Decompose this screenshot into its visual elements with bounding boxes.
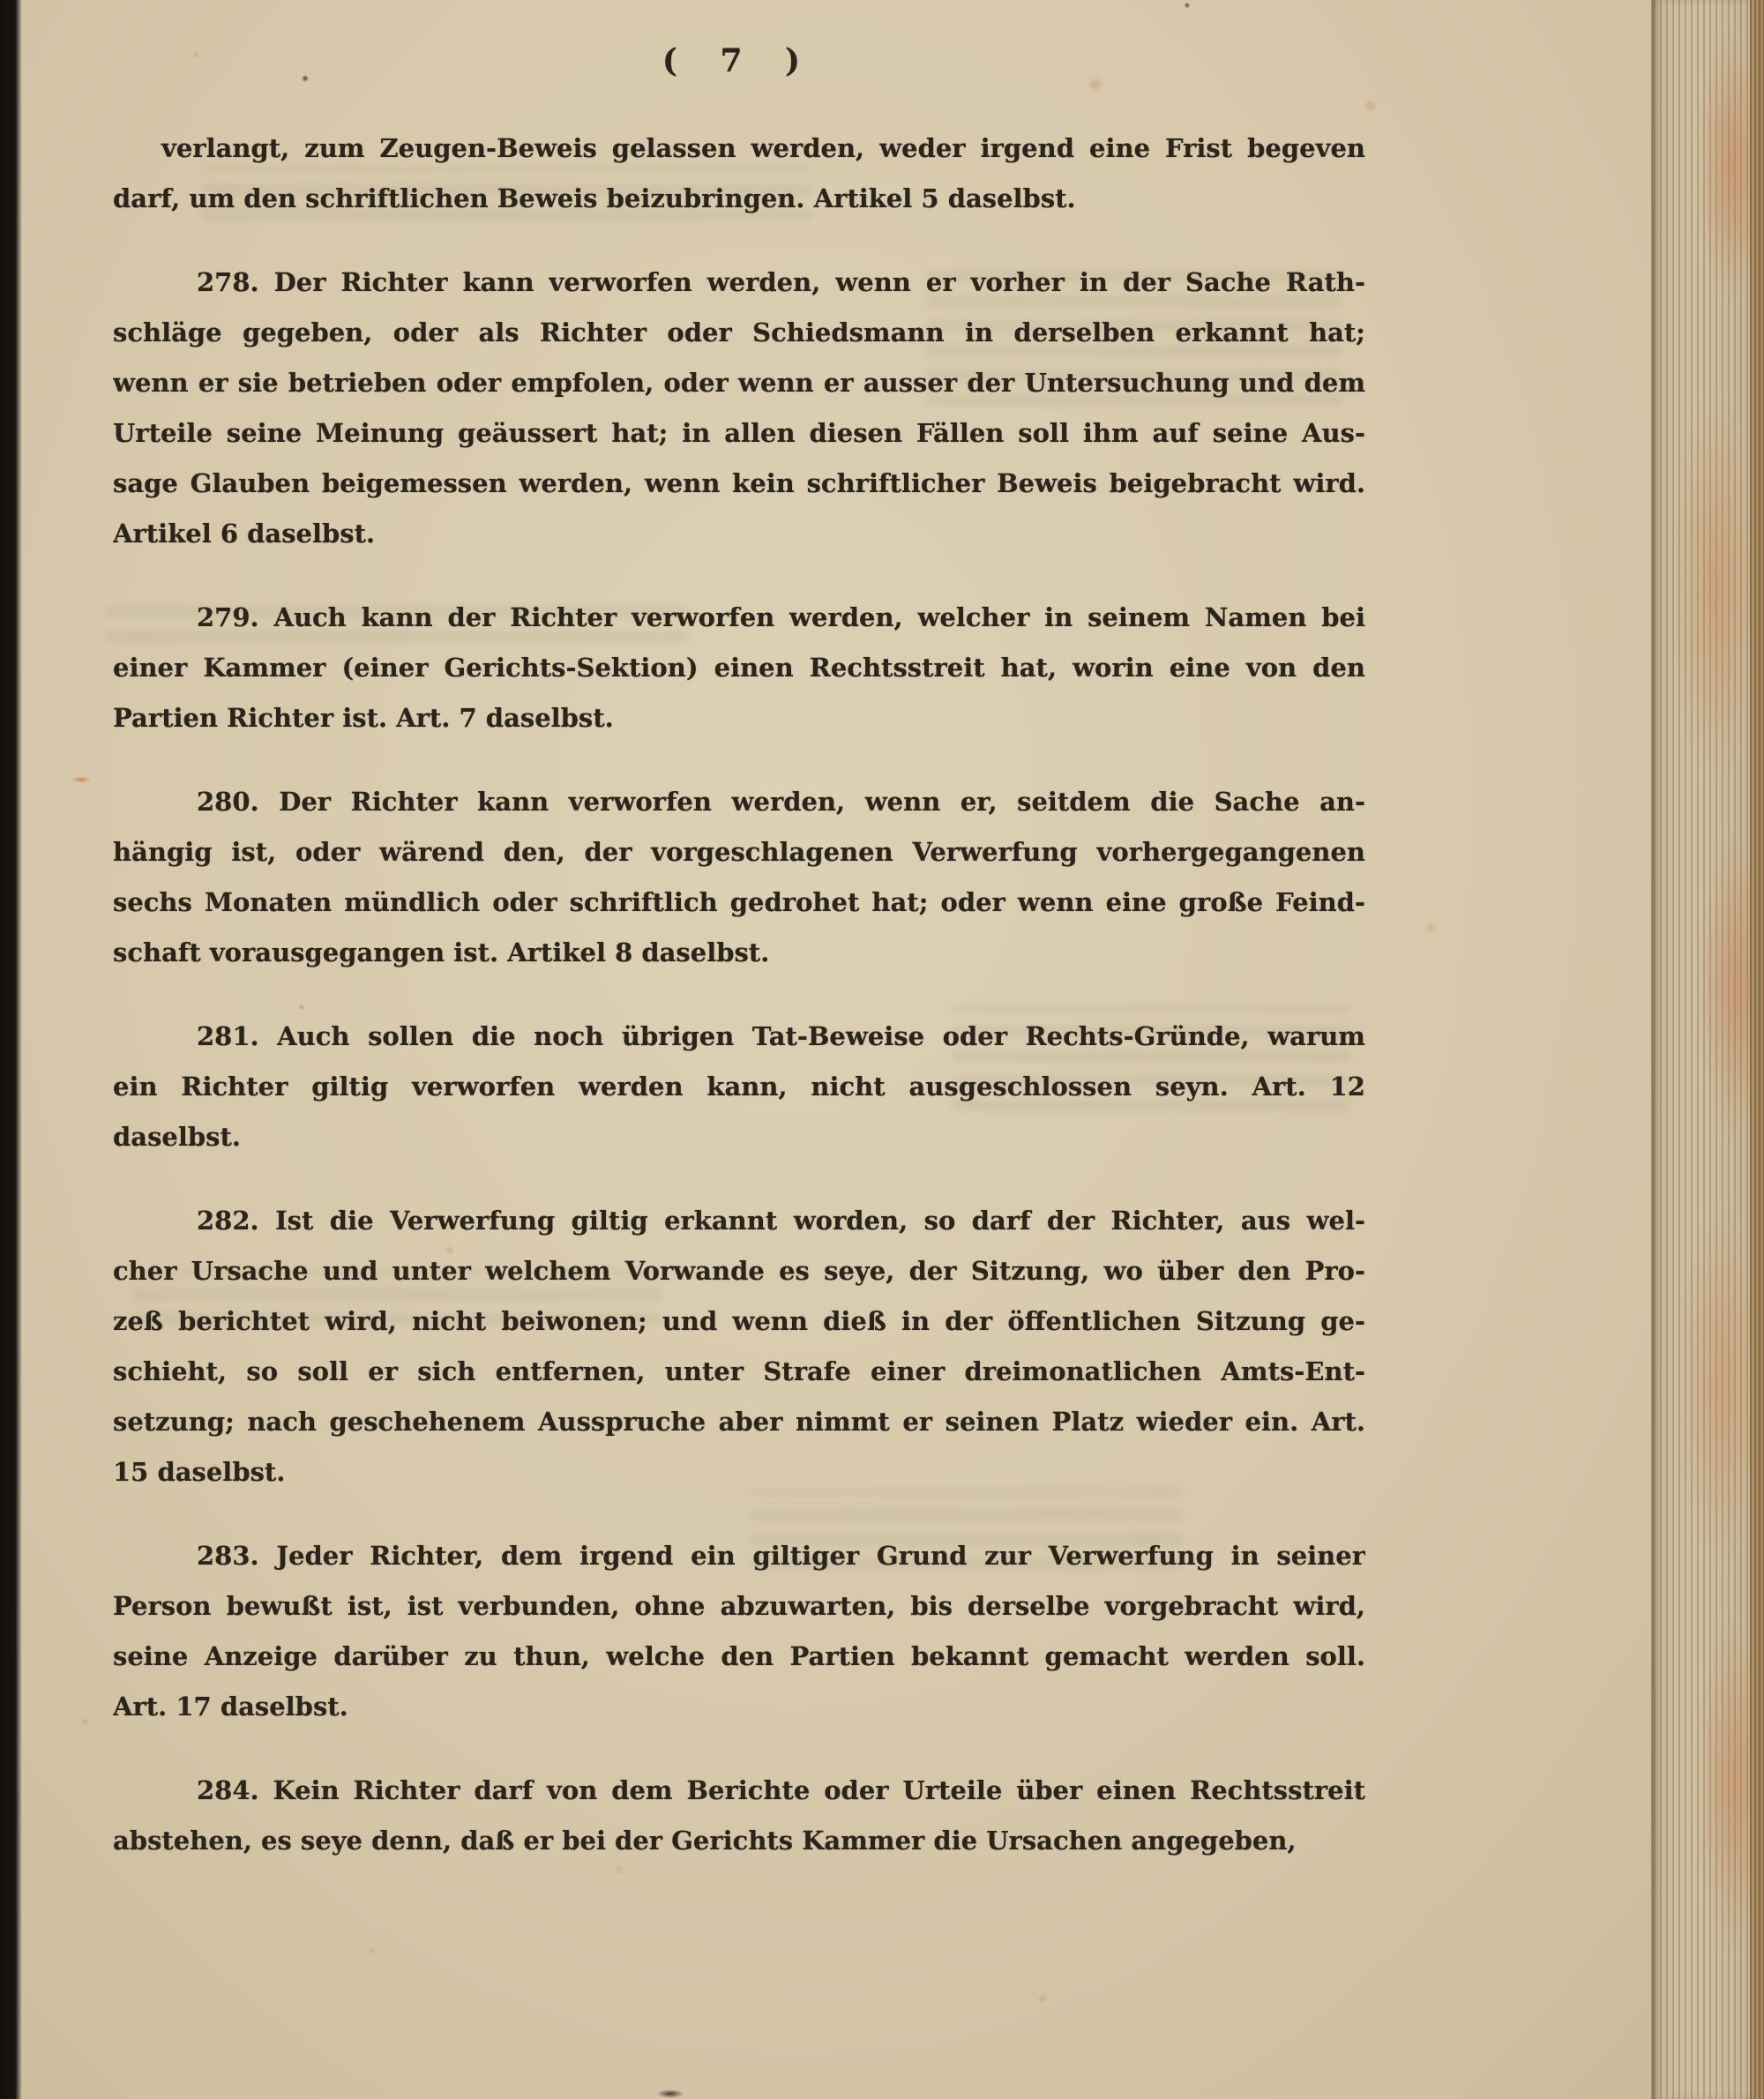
text-line: verlangt, zum Zeugen-Beweis gelassen wer… bbox=[113, 123, 1365, 174]
text-line: schaft vorausgegangen ist. Artikel 8 das… bbox=[113, 928, 1365, 978]
scan-left-edge bbox=[0, 0, 22, 2099]
text-line: Urteile seine Meinung geäussert hat; in … bbox=[113, 408, 1365, 459]
text-line: schieht, so soll er sich entfernen, unte… bbox=[113, 1347, 1365, 1397]
paragraph-282: 282. Ist die Verwerfung giltig erkannt w… bbox=[113, 1196, 1365, 1498]
page-number: ( 7 ) bbox=[113, 39, 1365, 83]
scanned-book-page: ( 7 ) verlangt, zum Zeugen-Beweis gelass… bbox=[0, 0, 1764, 2099]
text-line: 284. Kein Richter darf von dem Berichte … bbox=[113, 1766, 1365, 1816]
text-line: Partien Richter ist. Art. 7 daselbst. bbox=[113, 693, 1365, 743]
text-line: wenn er sie betrieben oder empfolen, ode… bbox=[113, 358, 1365, 408]
text-line: 281. Auch sollen die noch übrigen Tat-Be… bbox=[113, 1012, 1365, 1062]
text-line: darf, um den schriftlichen Beweis beizub… bbox=[113, 174, 1365, 224]
page-stack-fore-edge-dark bbox=[1750, 0, 1764, 2099]
text-line: sage Glauben beigemessen werden, wenn ke… bbox=[113, 459, 1365, 509]
text-line: hängig ist, oder wärend den, der vorgesc… bbox=[113, 827, 1365, 878]
text-line: 283. Jeder Richter, dem irgend ein gilti… bbox=[113, 1531, 1365, 1581]
text-line: 280. Der Richter kann verworfen werden, … bbox=[113, 777, 1365, 827]
continuation-paragraph: verlangt, zum Zeugen-Beweis gelassen wer… bbox=[113, 123, 1365, 224]
text-line: 278. Der Richter kann verworfen werden, … bbox=[113, 258, 1365, 308]
text-line: setzung; nach geschehenem Ausspruche abe… bbox=[113, 1397, 1365, 1447]
text-line: 279. Auch kann der Richter verworfen wer… bbox=[113, 593, 1365, 643]
text-line: zeß berichtet wird, nicht beiwonen; und … bbox=[113, 1296, 1365, 1347]
text-line: abstehen, es seye denn, daß er bei der G… bbox=[113, 1816, 1365, 1866]
text-line: cher Ursache und unter welchem Vorwande … bbox=[113, 1246, 1365, 1296]
page-content: ( 7 ) verlangt, zum Zeugen-Beweis gelass… bbox=[113, 39, 1365, 1866]
text-line: daselbst. bbox=[113, 1112, 1365, 1162]
paragraph-284: 284. Kein Richter darf von dem Berichte … bbox=[113, 1766, 1365, 1866]
paragraph-283: 283. Jeder Richter, dem irgend ein gilti… bbox=[113, 1531, 1365, 1732]
text-line: ein Richter giltig verworfen werden kann… bbox=[113, 1062, 1365, 1112]
text-line: seine Anzeige darüber zu thun, welche de… bbox=[113, 1632, 1365, 1682]
text-block: verlangt, zum Zeugen-Beweis gelassen wer… bbox=[113, 123, 1365, 1866]
paragraph-280: 280. Der Richter kann verworfen werden, … bbox=[113, 777, 1365, 978]
paragraph-281: 281. Auch sollen die noch übrigen Tat-Be… bbox=[113, 1012, 1365, 1162]
page-stack-fore-edge bbox=[1651, 0, 1764, 2099]
text-line: 282. Ist die Verwerfung giltig erkannt w… bbox=[113, 1196, 1365, 1246]
text-line: Art. 17 daselbst. bbox=[113, 1682, 1365, 1732]
text-line: schläge gegeben, oder als Richter oder S… bbox=[113, 308, 1365, 358]
text-line: 15 daselbst. bbox=[113, 1447, 1365, 1498]
text-line: einer Kammer (einer Gerichts-Sektion) ei… bbox=[113, 643, 1365, 693]
text-line: sechs Monaten mündlich oder schriftlich … bbox=[113, 878, 1365, 928]
paragraph-278: 278. Der Richter kann verworfen werden, … bbox=[113, 258, 1365, 559]
text-line: Artikel 6 daselbst. bbox=[113, 509, 1365, 559]
paragraph-279: 279. Auch kann der Richter verworfen wer… bbox=[113, 593, 1365, 743]
text-line: Person bewußt ist, ist verbunden, ohne a… bbox=[113, 1581, 1365, 1632]
